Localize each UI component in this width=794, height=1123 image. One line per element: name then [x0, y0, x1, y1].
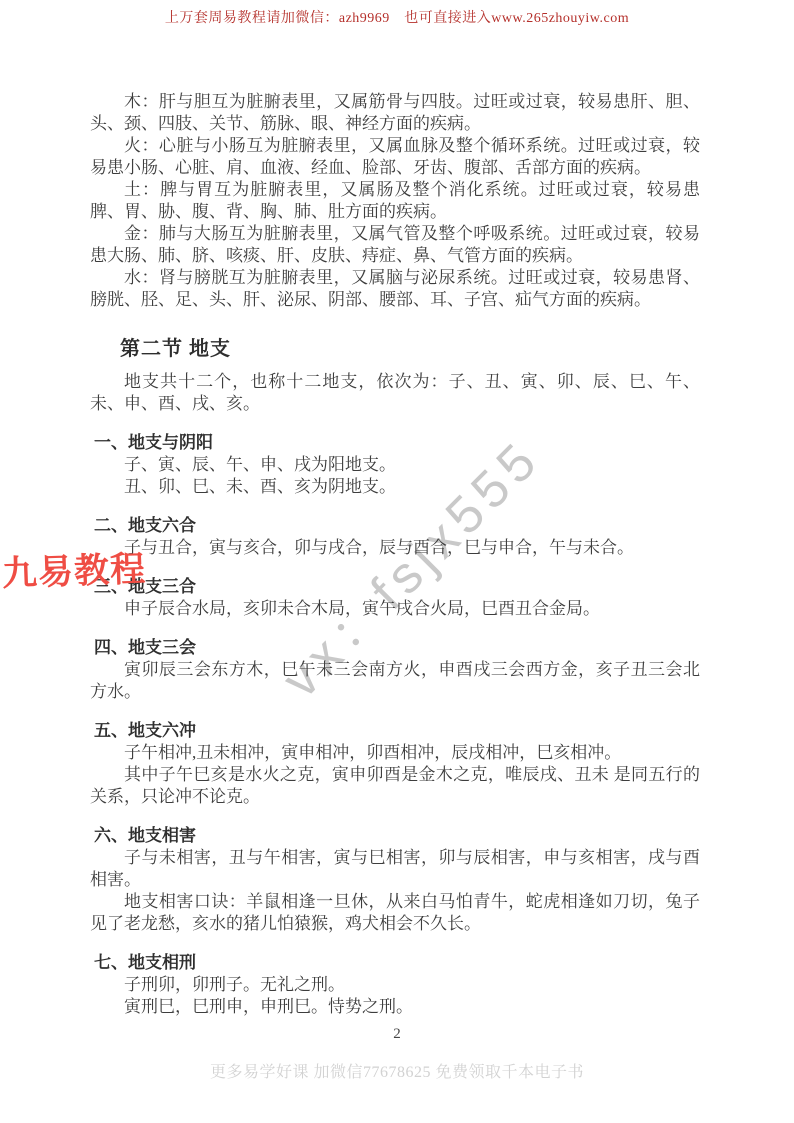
subsection-paragraph: 子与丑合，寅与亥合，卯与戌合，辰与酉合，巳与申合，午与未合。	[90, 537, 700, 559]
paragraph-wood: 木：肝与胆互为脏腑表里，又属筋骨与四肢。过旺或过衰，较易患肝、胆、头、颈、四肢、…	[90, 91, 700, 135]
paragraph-water: 水：肾与膀胱互为脏腑表里，又属脑与泌尿系统。过旺或过衰，较易患肾、膀胱、胫、足、…	[90, 267, 700, 311]
subsection-paragraph: 其中子午巳亥是水火之克，寅申卯酉是金木之克，唯辰戌、丑未 是同五行的关系，只论冲…	[90, 764, 700, 808]
subsection-title: 一、地支与阴阳	[94, 432, 700, 454]
subsection-liuchong: 五、地支六冲 子午相冲,丑未相冲，寅申相冲，卯酉相冲，辰戌相冲，巳亥相冲。 其中…	[90, 720, 700, 808]
subsection-title: 三、地支三合	[94, 576, 700, 598]
subsection-paragraph: 寅刑巳，巳刑申，申刑巳。恃势之刑。	[90, 996, 700, 1018]
subsection-xiangxing: 七、地支相刑 子刑卯，卯刑子。无礼之刑。 寅刑巳，巳刑申，申刑巳。恃势之刑。	[90, 952, 700, 1018]
paragraph-fire: 火：心脏与小肠互为脏腑表里，又属血脉及整个循环系统。过旺或过衰，较易患小肠、心脏…	[90, 135, 700, 179]
subsection-title: 五、地支六冲	[94, 720, 700, 742]
subsection-sanhe: 三、地支三合 申子辰合水局，亥卯未合木局，寅午戌合火局，巳酉丑合金局。	[90, 576, 700, 620]
document-page: 上万套周易教程请加微信：azh9969 也可直接进入www.265zhouyiw…	[0, 0, 794, 1123]
subsection-title: 四、地支三会	[94, 637, 700, 659]
subsection-paragraph: 地支相害口诀：羊鼠相逢一旦休，从来白马怕青牛，蛇虎相逢如刀切，兔子见了老龙愁，亥…	[90, 891, 700, 935]
subsection-sanhui: 四、地支三会 寅卯辰三会东方木，巳午未三会南方火，申酉戌三会西方金，亥子丑三会北…	[90, 637, 700, 703]
subsection-paragraph: 子、寅、辰、午、申、戌为阳地支。	[90, 454, 700, 476]
header-promo-text: 上万套周易教程请加微信：azh9969 也可直接进入www.265zhouyiw…	[0, 7, 794, 27]
subsection-paragraph: 寅卯辰三会东方木，巳午未三会南方火，申酉戌三会西方金，亥子丑三会北方水。	[90, 659, 700, 703]
subsection-xianghai: 六、地支相害 子与未相害，丑与午相害，寅与巳相害，卯与辰相害，申与亥相害，戌与酉…	[90, 825, 700, 935]
subsection-yinyang: 一、地支与阴阳 子、寅、辰、午、申、戌为阳地支。 丑、卯、巳、未、酉、亥为阴地支…	[90, 432, 700, 498]
subsection-paragraph: 子与未相害，丑与午相害，寅与巳相害，卯与辰相害，申与亥相害，戌与酉相害。	[90, 847, 700, 891]
subsection-liuhe: 二、地支六合 子与丑合，寅与亥合，卯与戌合，辰与酉合，巳与申合，午与未合。	[90, 515, 700, 559]
subsection-paragraph: 子刑卯，卯刑子。无礼之刑。	[90, 974, 700, 996]
section-title: 第二节 地支	[120, 336, 700, 362]
section-intro: 地支共十二个，也称十二地支，依次为：子、丑、寅、卯、辰、巳、午、未、申、酉、戌、…	[90, 371, 700, 415]
subsection-paragraph: 丑、卯、巳、未、酉、亥为阴地支。	[90, 476, 700, 498]
paragraph-earth: 土：脾与胃互为脏腑表里，又属肠及整个消化系统。过旺或过衰，较易患脾、胃、胁、腹、…	[90, 179, 700, 223]
subsection-title: 七、地支相刑	[94, 952, 700, 974]
subsection-paragraph: 子午相冲,丑未相冲，寅申相冲，卯酉相冲，辰戌相冲，巳亥相冲。	[90, 742, 700, 764]
paragraph-metal: 金：肺与大肠互为脏腑表里，又属气管及整个呼吸系统。过旺或过衰，较易患大肠、肺、脐…	[90, 223, 700, 267]
page-number: 2	[0, 1026, 794, 1043]
subsection-paragraph: 申子辰合水局，亥卯未合木局，寅午戌合火局，巳酉丑合金局。	[90, 598, 700, 620]
footer-promo-text: 更多易学好课 加微信77678625 免费领取千本电子书	[0, 1059, 794, 1082]
red-brand-watermark: 九易教程	[1, 542, 147, 597]
subsection-title: 二、地支六合	[94, 515, 700, 537]
document-body: 木：肝与胆互为脏腑表里，又属筋骨与四肢。过旺或过衰，较易患肝、胆、头、颈、四肢、…	[90, 91, 700, 1018]
subsection-title: 六、地支相害	[94, 825, 700, 847]
